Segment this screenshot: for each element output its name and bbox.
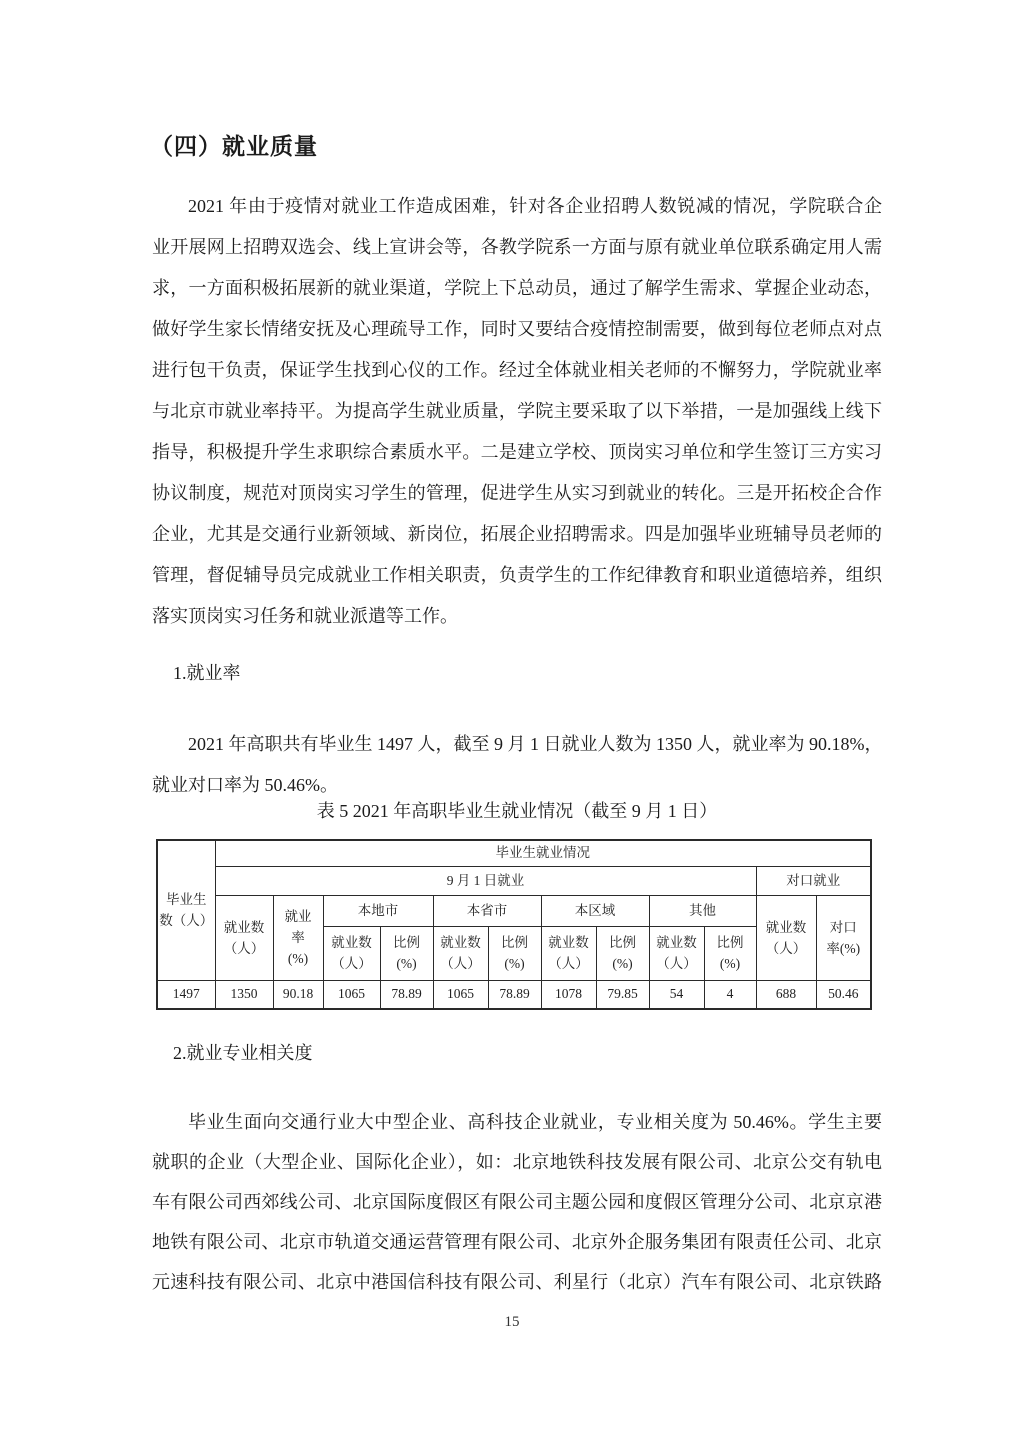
th-region-local-city: 本地市: [323, 895, 433, 926]
th-sub-ratio-line1: 比例: [705, 932, 756, 953]
text-line: 协议制度，规范对顶岗实习学生的管理，促进学生从实习到就业的转化。三是开拓校企合作: [152, 473, 882, 514]
text-line: 企业，尤其是交通行业新领域、新岗位，拓展企业招聘需求。四是加强毕业班辅导员老师的: [152, 514, 882, 555]
th-sub-count-line1: 就业数: [324, 932, 380, 953]
th-sub-count-district: 就业数 （人）: [541, 926, 596, 980]
cell-province-ratio: 78.89: [488, 980, 541, 1009]
th-sub-ratio-line2: (%): [597, 953, 649, 974]
cell-graduates: 1497: [157, 980, 215, 1009]
page-number: 15: [0, 1314, 1024, 1331]
th-rate-line2: 率: [274, 927, 323, 948]
cell-cp-rate: 50.46: [816, 980, 871, 1009]
section-heading: （四）就业质量: [150, 128, 890, 161]
th-counterpart-employment: 对口就业: [756, 866, 871, 895]
cell-district-count: 1078: [541, 980, 596, 1009]
text-line: 地铁有限公司、北京市轨道交通运营管理有限公司、北京外企服务集团有限责任公司、北京: [152, 1222, 882, 1262]
th-overall: 毕业生就业情况: [215, 840, 871, 866]
text-line: 与北京市就业率持平。为提高学生就业质量，学院主要采取了以下举措，一是加强线上线下: [152, 391, 882, 432]
th-sub-ratio-line1: 比例: [381, 932, 433, 953]
table-data-row: 1497 1350 90.18 1065 78.89 1065 78.89 10…: [157, 980, 871, 1009]
text-line: 求，一方面积极拓展新的就业渠道，学院上下总动员，通过了解学生需求、掌握企业动态，: [152, 268, 882, 309]
th-sub-ratio-local: 比例 (%): [380, 926, 433, 980]
cell-other-count: 54: [649, 980, 704, 1009]
th-sub-count-province: 就业数 （人）: [433, 926, 488, 980]
th-sub-ratio-line2: (%): [381, 953, 433, 974]
th-region-other: 其他: [649, 895, 756, 926]
cell-local-count: 1065: [323, 980, 380, 1009]
th-cp-count-line1: 就业数: [757, 917, 816, 938]
th-september1-employment: 9 月 1 日就业: [215, 866, 756, 895]
cell-rate: 90.18: [273, 980, 323, 1009]
th-sub-count-line1: 就业数: [542, 932, 596, 953]
th-cp-rate-line1: 对口: [817, 917, 871, 938]
cell-local-ratio: 78.89: [380, 980, 433, 1009]
text-line: 毕业生面向交通行业大中型企业、高科技企业就业，专业相关度为 50.46%。学生主…: [152, 1102, 882, 1142]
th-sub-count-line2: （人）: [324, 953, 380, 974]
th-counterpart-count: 就业数 （人）: [756, 895, 816, 980]
th-cp-count-line2: （人）: [757, 938, 816, 959]
subsection-title-major-relevance: 2.就业专业相关度: [152, 1039, 882, 1065]
text-line: 业开展网上招聘双选会、线上宣讲会等，各教学院系一方面与原有就业单位联系确定用人需: [152, 227, 882, 268]
th-sub-count-line2: （人）: [542, 953, 596, 974]
th-sub-count-local: 就业数 （人）: [323, 926, 380, 980]
cell-province-count: 1065: [433, 980, 488, 1009]
text-line: 2021 年由于疫情对就业工作造成困难，针对各企业招聘人数锐减的情况，学院联合企: [152, 186, 882, 227]
text-line: 管理，督促辅导员完成就业工作相关职责，负责学生的工作纪律教育和职业道德培养，组织: [152, 555, 882, 596]
th-graduates-line1: 毕业生: [158, 889, 215, 910]
th-sub-ratio-province: 比例 (%): [488, 926, 541, 980]
employment-table: 毕业生 数（人） 毕业生就业情况 9 月 1 日就业 对口就业 就业数 （人） …: [156, 839, 872, 1010]
th-rate-line3: (%): [274, 948, 323, 969]
paragraph-major-relevance: 毕业生面向交通行业大中型企业、高科技企业就业，专业相关度为 50.46%。学生主…: [152, 1102, 882, 1302]
paragraph-overview: 2021 年由于疫情对就业工作造成困难，针对各企业招聘人数锐减的情况，学院联合企…: [152, 186, 882, 637]
cell-other-ratio: 4: [704, 980, 756, 1009]
th-sub-count-line1: 就业数: [650, 932, 704, 953]
document-page: （四）就业质量 2021 年由于疫情对就业工作造成困难，针对各企业招聘人数锐减的…: [0, 0, 1024, 1448]
text-line: 车有限公司西郊线公司、北京国际度假区有限公司主题公园和度假区管理分公司、北京京港: [152, 1182, 882, 1222]
th-employed-line2: （人）: [216, 938, 273, 959]
cell-cp-count: 688: [756, 980, 816, 1009]
th-region-district: 本区域: [541, 895, 649, 926]
text-line: 2021 年高职共有毕业生 1497 人，截至 9 月 1 日就业人数为 135…: [152, 724, 882, 765]
text-line: 落实顶岗实习任务和就业派遣等工作。: [152, 596, 882, 637]
table-caption: 表 5 2021 年高职毕业生就业情况（截至 9 月 1 日）: [152, 795, 882, 827]
th-employed-line1: 就业数: [216, 917, 273, 938]
th-sub-ratio-line1: 比例: [597, 932, 649, 953]
cell-employed: 1350: [215, 980, 273, 1009]
th-sub-ratio-other: 比例 (%): [704, 926, 756, 980]
text-line: 做好学生家长情绪安抚及心理疏导工作，同时又要结合疫情控制需要，做到每位老师点对点: [152, 309, 882, 350]
th-sub-ratio-line1: 比例: [489, 932, 541, 953]
text-line: 指导，积极提升学生求职综合素质水平。二是建立学校、顶岗实习单位和学生签订三方实习: [152, 432, 882, 473]
th-employed-count: 就业数 （人）: [215, 895, 273, 980]
subsection-title-employment-rate: 1.就业率: [152, 659, 882, 685]
th-region-province: 本省市: [433, 895, 541, 926]
th-sub-count-line2: （人）: [434, 953, 488, 974]
th-sub-count-other: 就业数 （人）: [649, 926, 704, 980]
cell-district-ratio: 79.85: [596, 980, 649, 1009]
th-sub-ratio-line2: (%): [705, 953, 756, 974]
th-rate-line1: 就业: [274, 906, 323, 927]
th-sub-ratio-line2: (%): [489, 953, 541, 974]
th-graduates-line2: 数（人）: [158, 910, 215, 931]
th-counterpart-rate: 对口 率(%): [816, 895, 871, 980]
text-line: 进行包干负责，保证学生找到心仪的工作。经过全体就业相关老师的不懈努力，学院就业率: [152, 350, 882, 391]
th-cp-rate-line2: 率(%): [817, 938, 871, 959]
text-line: 元速科技有限公司、北京中港国信科技有限公司、利星行（北京）汽车有限公司、北京铁路: [152, 1262, 882, 1302]
th-graduates-total: 毕业生 数（人）: [157, 840, 215, 980]
th-sub-ratio-district: 比例 (%): [596, 926, 649, 980]
paragraph-employment-rate: 2021 年高职共有毕业生 1497 人，截至 9 月 1 日就业人数为 135…: [152, 724, 882, 806]
th-sub-count-line2: （人）: [650, 953, 704, 974]
th-sub-count-line1: 就业数: [434, 932, 488, 953]
th-employment-rate: 就业 率 (%): [273, 895, 323, 980]
text-line: 就职的企业（大型企业、国际化企业），如：北京地铁科技发展有限公司、北京公交有轨电: [152, 1142, 882, 1182]
